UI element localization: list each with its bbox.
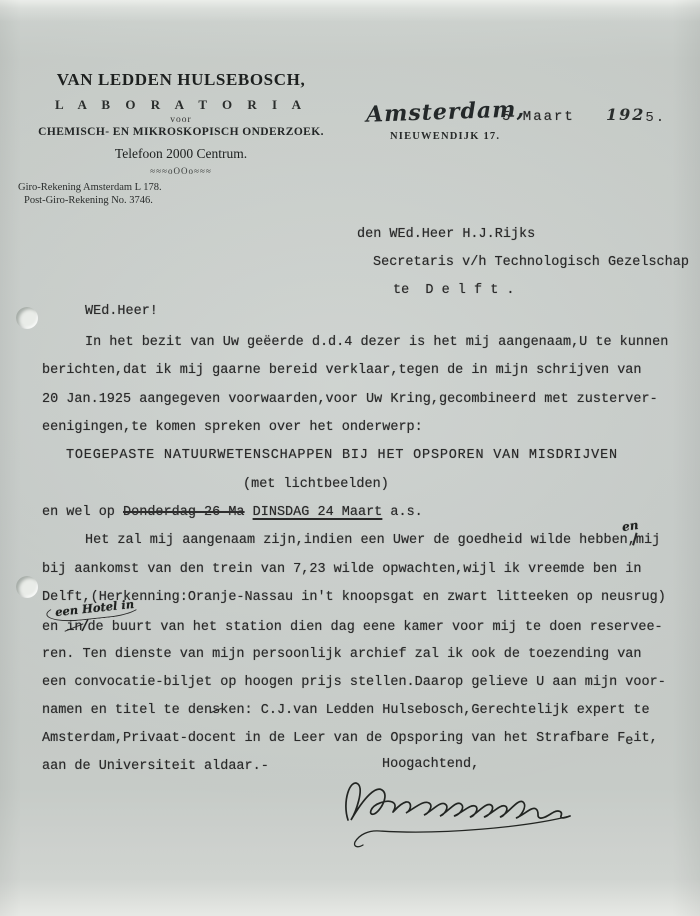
- year-typed: 5.: [645, 110, 666, 126]
- letterhead-company-name: VAN LEDDEN HULSEBOSCH,: [12, 70, 350, 90]
- line-pre: Het zal mij aangenaam zijn,indien een Uw…: [85, 533, 636, 548]
- line-pre: Amsterdam,Privaat-docent in de Leer van …: [42, 731, 625, 746]
- dateline-year: 1925.: [606, 105, 666, 125]
- line-pre: en: [42, 620, 66, 635]
- dropped-letter: e: [625, 734, 633, 749]
- signature: [332, 768, 677, 868]
- line-post: mij: [636, 533, 660, 548]
- letterhead-postgiro-account: Post-Giro-Rekening No. 3746.: [24, 195, 153, 206]
- struck-letter: s: [212, 703, 220, 718]
- body-line: 20 Jan.1925 aangegeven voorwaarden,voor …: [42, 392, 658, 407]
- scanned-letter-page: VAN LEDDEN HULSEBOSCH, L A B O R A T O R…: [0, 0, 700, 916]
- letterhead-ornament: ≈≈≈oOOo≈≈≈: [12, 166, 350, 176]
- dateline-street: NIEUWENDIJK 17.: [390, 131, 500, 142]
- lecture-subject-note: (met lichtbeelden): [243, 477, 389, 492]
- dateline-day: 5 Maart: [502, 109, 575, 125]
- struck-word: in: [66, 620, 82, 635]
- body-line: ren. Ten dienste van mijn persoonlijk ar…: [42, 647, 642, 662]
- letterhead-voor: voor: [12, 115, 350, 125]
- body-line: In het bezit van Uw geëerde d.d.4 dezer …: [85, 335, 668, 350]
- line-post: de buurt van het station dien dag eene k…: [87, 620, 662, 635]
- year-printed: 192: [606, 105, 645, 124]
- letterhead-field: CHEMISCH- EN MIKROSKOPISCH ONDERZOEK.: [12, 126, 350, 138]
- underlined-new-date: DINSDAG 24 Maart: [253, 505, 383, 520]
- date-line-post: a.s.: [382, 505, 423, 520]
- line-post: ken: C.J.van Ledden Hulsebosch,Gerechtel…: [220, 703, 649, 718]
- body-line: bij aankomst van den trein van 7,23 wild…: [42, 562, 642, 577]
- date-line-sep: [245, 505, 253, 520]
- line-post: it,: [633, 731, 657, 746]
- letterhead-phone: Telefoon 2000 Centrum.: [12, 146, 350, 162]
- lecture-date-line: en wel op Donderdag 26 Ma DINSDAG 24 Maa…: [42, 505, 423, 520]
- letterhead-giro-account: Giro-Rekening Amsterdam L 178.: [18, 182, 162, 193]
- body-line: een Hotel inen in/de buurt van het stati…: [42, 618, 663, 635]
- date-line-pre: en wel op: [42, 505, 123, 520]
- recipient-title: Secretaris v/h Technologisch Gezelschap: [373, 255, 689, 270]
- punch-hole-bottom: [16, 576, 38, 598]
- body-line: Het zal mij aangenaam zijn,indien een Uw…: [85, 533, 660, 548]
- recipient-city: te D e l f t .: [393, 283, 515, 298]
- lecture-subject: TOEGEPASTE NATUURWETENSCHAPPEN BIJ HET O…: [66, 448, 618, 463]
- line-pre: namen en titel te den: [42, 703, 212, 718]
- handwritten-insertion: en: [621, 518, 639, 534]
- punch-hole-top: [16, 307, 38, 329]
- body-line: Amsterdam,Privaat-docent in de Leer van …: [42, 731, 658, 746]
- letterhead-laboratoria: L A B O R A T O R I A: [12, 97, 350, 113]
- signature-scribble: [332, 768, 677, 863]
- body-line: aan de Universiteit aldaar.-: [42, 759, 269, 774]
- body-line: berichten,dat ik mij gaarne bereid verkl…: [42, 363, 642, 378]
- recipient-name: den WEd.Heer H.J.Rijks: [357, 227, 535, 242]
- salutation: WEd.Heer!: [85, 304, 158, 319]
- body-line: namen en titel te densken: C.J.van Ledde…: [42, 703, 650, 718]
- body-line: een convocatie-biljet op hoogen prijs st…: [42, 675, 666, 690]
- struck-old-date: Donderdag 26 Ma: [123, 505, 245, 520]
- body-line: eenigingen,te komen spreken over het ond…: [42, 420, 423, 435]
